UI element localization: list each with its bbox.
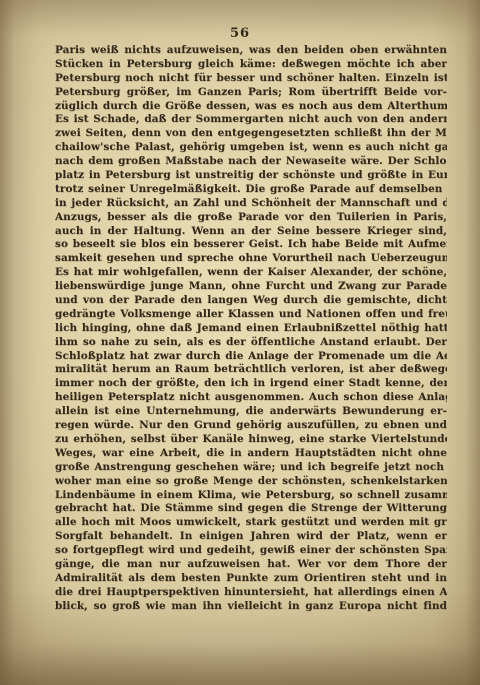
text-line: auch in der Haltung. Wenn an der Seine b… [55, 225, 447, 239]
text-line: Admiralität als dem besten Punkte zum Or… [55, 572, 447, 586]
text-line: Weges, war eine Arbeit, die in andern Ha… [55, 447, 447, 461]
text-line: Schloßplatz hat zwar durch die Anlage de… [55, 350, 447, 364]
text-line: miralität herum an Raum beträchtlich ver… [55, 363, 447, 377]
text-line: so fortgepflegt wird und gedeiht, gewiß … [55, 544, 447, 558]
text-line: züglich durch die Größe dessen, was es n… [55, 100, 447, 114]
text-line: zu erhöhen, selbst über Kanäle hinweg, e… [55, 433, 447, 447]
text-line: zwei Seiten, denn von den entgegengesetz… [55, 127, 447, 141]
text-line: heiligen Petersplatz nicht ausgenommen. … [55, 391, 447, 405]
text-line: liebenswürdige junge Mann, ohne Furcht u… [55, 280, 447, 294]
text-line: samkeit gesehen und spreche ohne Vorurth… [55, 252, 447, 266]
text-line: gänge, die man nur aufzuweisen hat. Wer … [55, 558, 447, 572]
text-line: Petersburg größer, im Ganzen Paris; Rom … [55, 86, 447, 100]
text-line: chailow'sche Palast, gehörig umgeben ist… [55, 141, 447, 155]
text-line: blick, so groß wie man ihn vielleicht in… [55, 600, 447, 614]
text-line: und von der Parade den langen Weg durch … [55, 294, 447, 308]
text-line: platz in Petersburg ist unstreitig der s… [55, 169, 447, 183]
page-number: 56 [0, 26, 480, 41]
text-line: große Anstrengung geschehen wäre; und ic… [55, 461, 447, 475]
text-line: regen würde. Nur den Grund gehörig auszu… [55, 419, 447, 433]
text-line: Es hat mir wohlgefallen, wenn der Kaiser… [55, 266, 447, 280]
text-line: ihm so nahe zu sein, als es der öffentli… [55, 336, 447, 350]
text-line: gedrängte Volksmenge aller Klassen und N… [55, 308, 447, 322]
text-line: die drei Hauptperspektiven hinuntersieht… [55, 586, 447, 600]
text-line: trotz seiner Unregelmäßigkeit. Die große… [55, 183, 447, 197]
text-line: gebracht hat. Die Stämme sind gegen die … [55, 502, 447, 516]
text-line: Paris weiß nichts aufzuweisen, was den b… [55, 44, 447, 58]
text-line: so beseelt sie blos ein besserer Geist. … [55, 238, 447, 252]
text-line: in jeder Rücksicht, an Zahl und Schönhei… [55, 197, 447, 211]
text-line: lich hinging, ohne daß Jemand einen Erla… [55, 322, 447, 336]
text-line: Lindenbäume in einem Klima, wie Petersbu… [55, 489, 447, 503]
scanned-book-page: 56 Paris weiß nichts aufzuweisen, was de… [0, 0, 480, 685]
text-line: Es ist Schade, daß der Sommergarten nich… [55, 113, 447, 127]
text-line: woher man eine so große Menge der schöns… [55, 475, 447, 489]
text-line: Stücken in Petersburg gleich käme: deßwe… [55, 58, 447, 72]
text-line: Sorgfalt behandelt. In einigen Jahren wi… [55, 530, 447, 544]
text-line: nach dem großen Maßstabe nach der Newase… [55, 155, 447, 169]
text-line: alle hoch mit Moos umwickelt, stark gest… [55, 516, 447, 530]
body-text: Paris weiß nichts aufzuweisen, was den b… [55, 44, 447, 614]
text-line: immer noch der größte, den ich in irgend… [55, 377, 447, 391]
text-line: Anzugs, besser als die große Parade vor … [55, 211, 447, 225]
text-line: allein ist eine Unternehmung, die anderw… [55, 405, 447, 419]
text-line: Petersburg noch nicht für besser und sch… [55, 72, 447, 86]
